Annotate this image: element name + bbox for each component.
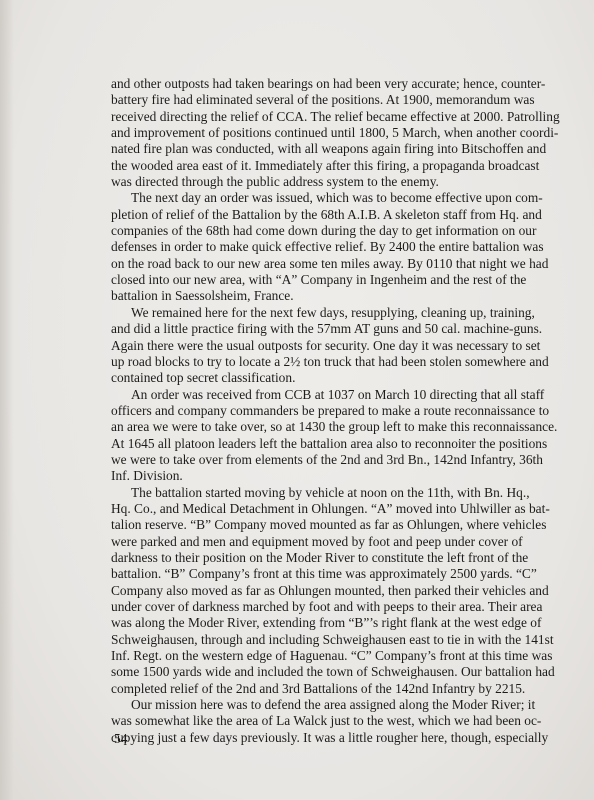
paragraph: and other outposts had taken bearings on… — [111, 76, 489, 190]
body-text: and other outposts had taken bearings on… — [111, 76, 489, 746]
paragraph: The battalion started moving by vehicle … — [111, 485, 489, 697]
text-line: battalion in Saessolsheim, France. — [111, 288, 489, 304]
text-line: Inf. Division. — [111, 468, 489, 484]
page-edge-shadow — [0, 0, 14, 800]
text-line: officers and company commanders be prepa… — [111, 403, 489, 419]
text-line: and improvement of positions continued u… — [111, 125, 489, 141]
text-line: defenses in order to make quick effectiv… — [111, 239, 489, 255]
text-line: was directed through the public address … — [111, 174, 489, 190]
paragraph: We remained here for the next few days, … — [111, 305, 489, 387]
text-line: cupying just a few days previously. It w… — [111, 730, 489, 746]
paragraph: Our mission here was to defend the area … — [111, 697, 489, 746]
text-line: darkness to their position on the Moder … — [111, 550, 489, 566]
text-line: up road blocks to try to locate a 2½ ton… — [111, 354, 489, 370]
text-line: At 1645 all platoon leaders left the bat… — [111, 436, 489, 452]
text-line: were parked and men and equipment moved … — [111, 534, 489, 550]
scanned-page: and other outposts had taken bearings on… — [0, 0, 594, 800]
text-line: nated fire plan was conducted, with all … — [111, 141, 489, 157]
text-line: was somewhat like the area of La Walck j… — [111, 713, 489, 729]
text-line: companies of the 68th had come down duri… — [111, 223, 489, 239]
text-line: received directing the relief of CCA. Th… — [111, 109, 489, 125]
text-line: pletion of relief of the Battalion by th… — [111, 207, 489, 223]
text-line: and other outposts had taken bearings on… — [111, 76, 489, 92]
text-line: Schweighausen, through and including Sch… — [111, 632, 489, 648]
text-line: the wooded area east of it. Immediately … — [111, 158, 489, 174]
text-line: was along the Moder River, extending fro… — [111, 615, 489, 631]
paragraph: The next day an order was issued, which … — [111, 190, 489, 304]
paragraph: An order was received from CCB at 1037 o… — [111, 387, 489, 485]
text-line: Company also moved as far as Ohlungen mo… — [111, 583, 489, 599]
text-line: Again there were the usual outposts for … — [111, 338, 489, 354]
text-line: The next day an order was issued, which … — [111, 190, 489, 206]
text-line: an area we were to take over, so at 1430… — [111, 419, 489, 435]
text-line: The battalion started moving by vehicle … — [111, 485, 489, 501]
text-line: on the road back to our new area some te… — [111, 256, 489, 272]
text-line: contained top secret classification. — [111, 370, 489, 386]
text-line: completed relief of the 2nd and 3rd Batt… — [111, 681, 489, 697]
page-number: 54 — [114, 731, 127, 747]
text-line: Hq. Co., and Medical Detachment in Ohlun… — [111, 501, 489, 517]
text-line: An order was received from CCB at 1037 o… — [111, 387, 489, 403]
text-line: and did a little practice firing with th… — [111, 321, 489, 337]
text-line: Our mission here was to defend the area … — [111, 697, 489, 713]
text-line: some 1500 yards wide and included the to… — [111, 664, 489, 680]
text-line: talion reserve. “B” Company moved mounte… — [111, 517, 489, 533]
text-line: battery fire had eliminated several of t… — [111, 92, 489, 108]
text-line: under cover of darkness marched by foot … — [111, 599, 489, 615]
text-line: Inf. Regt. on the western edge of Haguen… — [111, 648, 489, 664]
text-line: we were to take over from elements of th… — [111, 452, 489, 468]
text-line: closed into our new area, with “A” Compa… — [111, 272, 489, 288]
text-line: battalion. “B” Company’s front at this t… — [111, 566, 489, 582]
text-line: We remained here for the next few days, … — [111, 305, 489, 321]
